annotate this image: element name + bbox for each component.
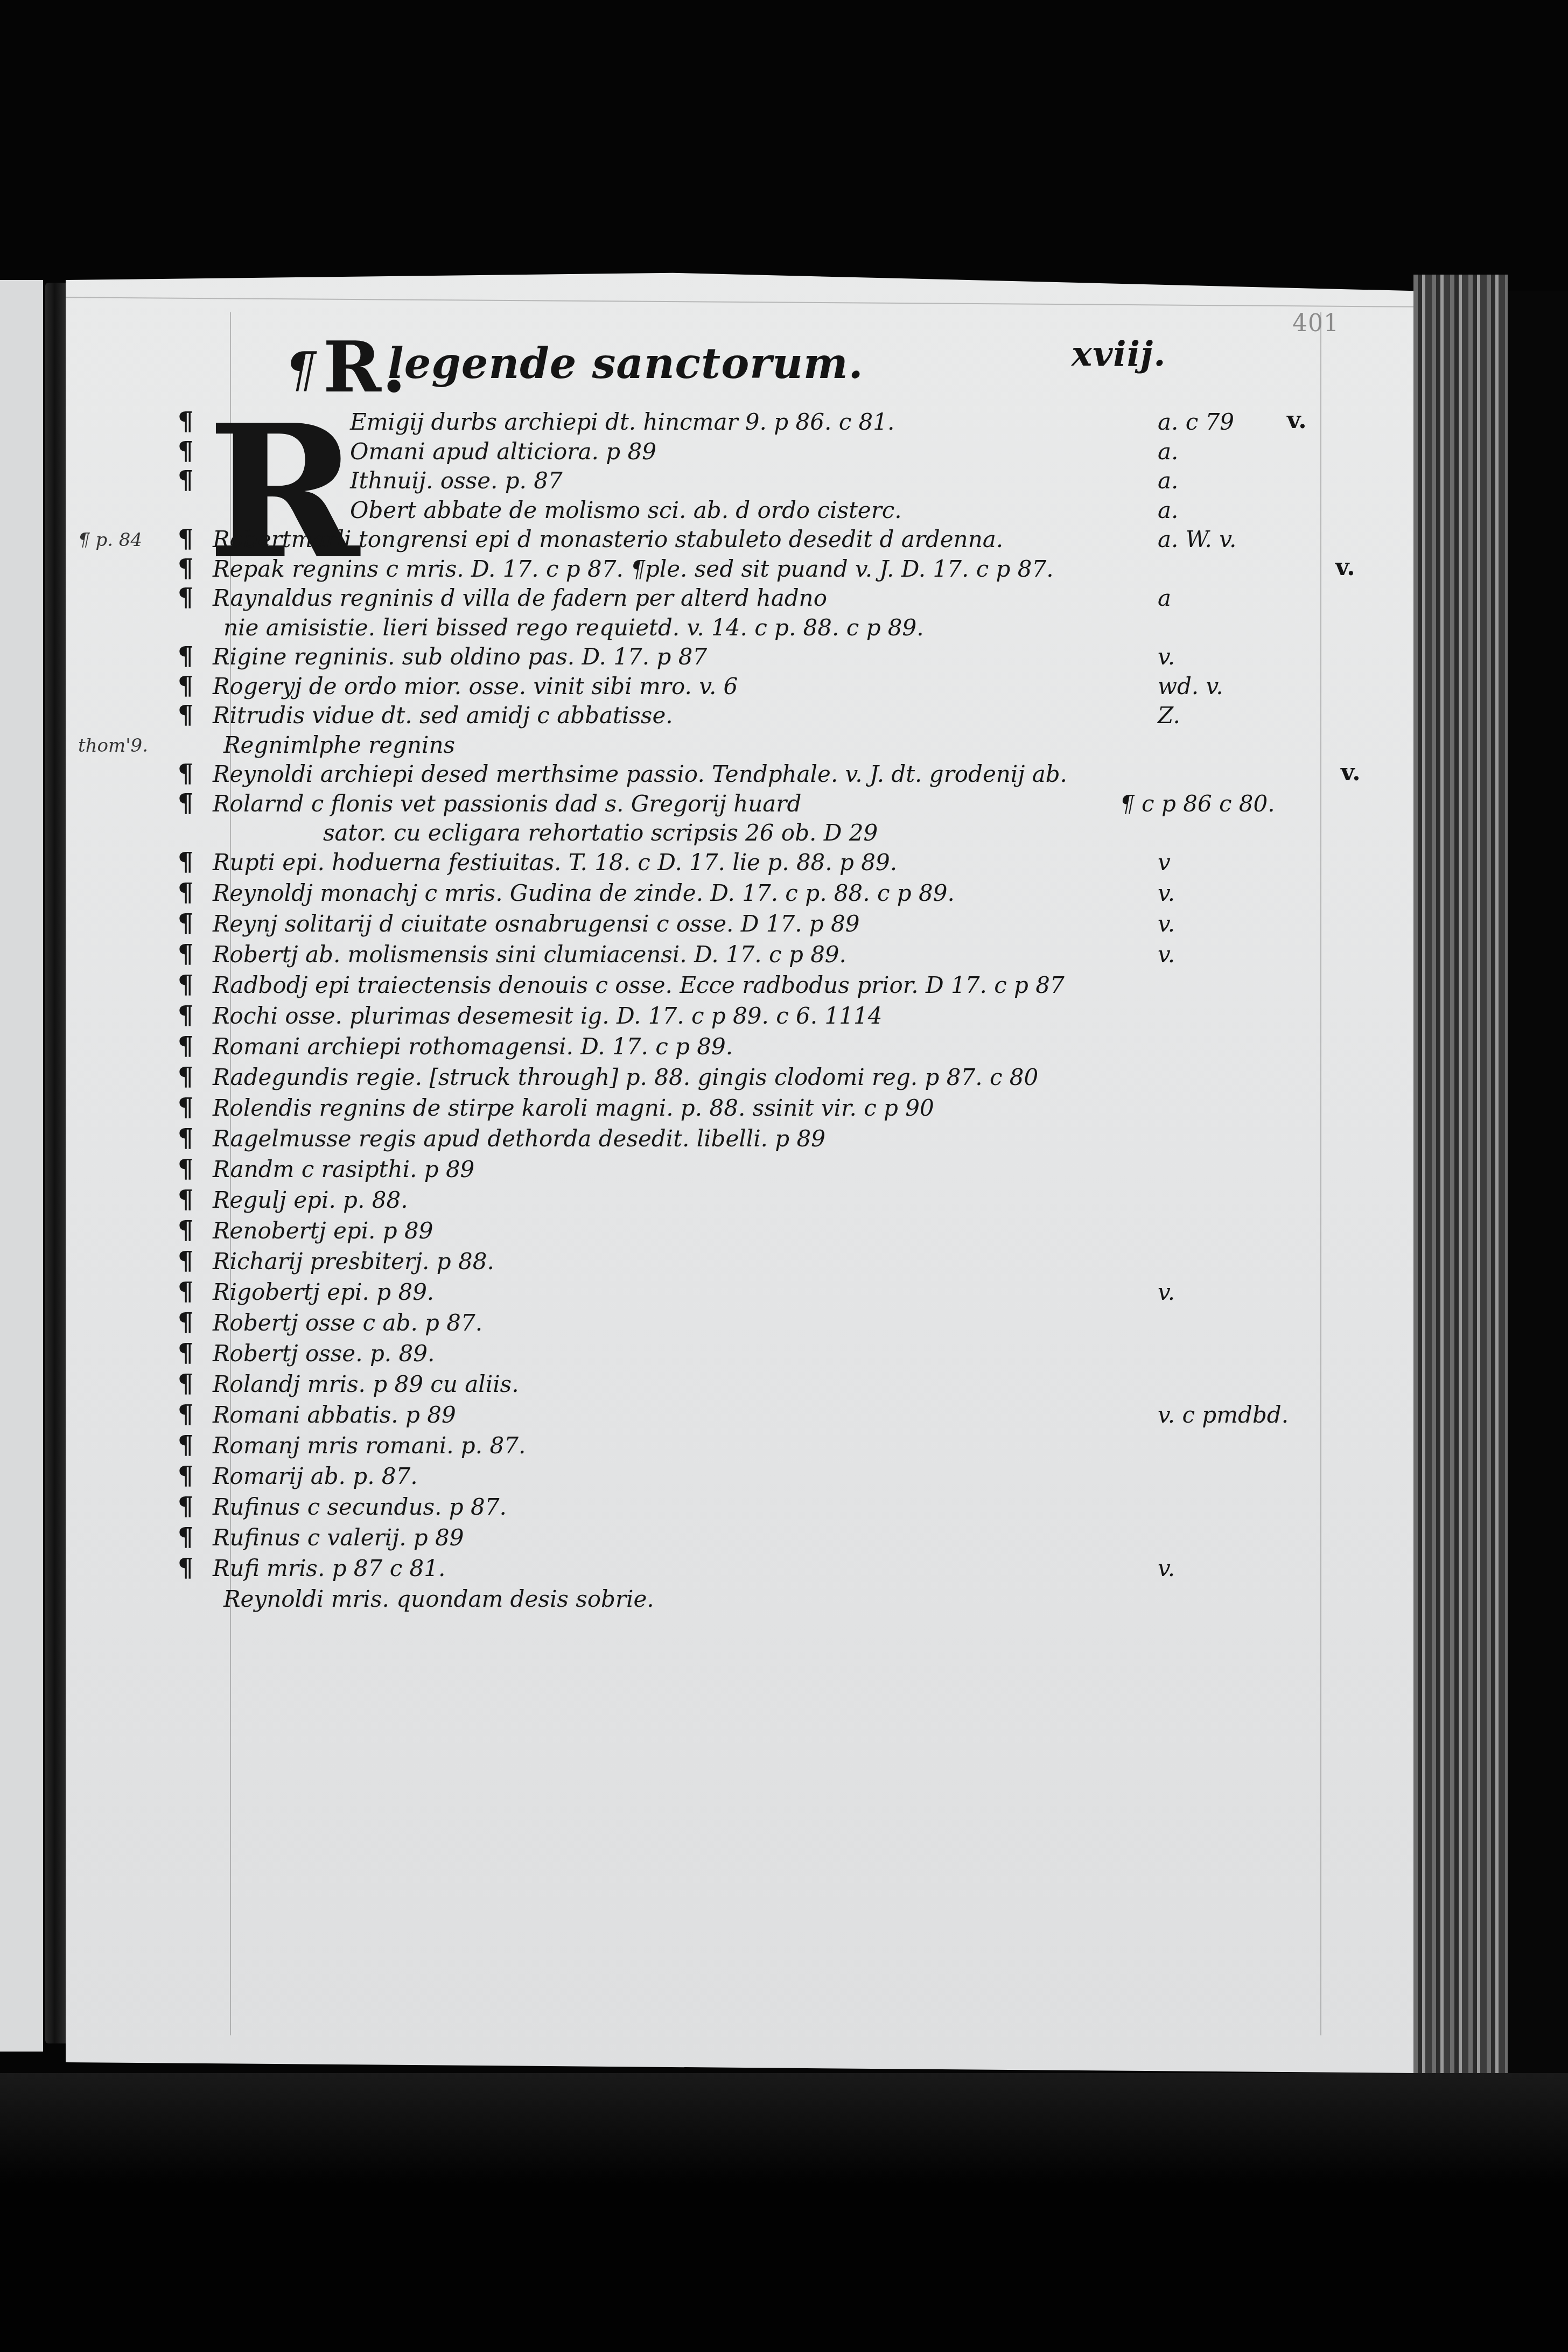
entry-text: Raynaldus regninis d villa de fadern per… <box>213 585 827 611</box>
pilcrow-mark: ¶ <box>178 1062 193 1091</box>
list-item: ¶Rigine regninis. sub oldino pas. D. 17.… <box>0 641 1349 674</box>
entry-text: Romarij ab. p. 87. <box>213 1463 418 1489</box>
list-item: ¶Rufinus c valerij. p 89 <box>0 1522 1349 1555</box>
pilcrow-mark: ¶ <box>178 1338 193 1367</box>
entry-text: sator. cu ecligara rehortatio scripsis 2… <box>323 820 878 846</box>
list-item: ¶Rigobertj epi. p 89.v. <box>0 1277 1349 1309</box>
entry-text: Rochi osse. plurimas desemesit ig. D. 17… <box>213 1003 882 1029</box>
entry-text: Rigine regninis. sub oldino pas. D. 17. … <box>213 643 707 670</box>
entry-text: Regnimlphe regnins <box>223 732 455 758</box>
list-item: ¶Rupti epi. hoduerna festiuitas. T. 18. … <box>0 847 1349 879</box>
reference-column: v. <box>1158 1279 1175 1305</box>
list-item: ¶Regulj epi. p. 88. <box>0 1185 1349 1217</box>
list-item: ¶Emigij durbs archiepi dt. hincmar 9. p … <box>0 407 1349 439</box>
pilcrow-mark: ¶ <box>178 1000 193 1030</box>
list-item: ¶Robertj ab. molismensis sini clumiacens… <box>0 939 1349 971</box>
list-item: ¶Romani abbatis. p 89v. c pmdbd. <box>0 1399 1349 1432</box>
pilcrow-mark: ¶ <box>178 583 193 612</box>
entry-text: Reynj solitarij d ciuitate osnabrugensi … <box>213 911 860 937</box>
entry-text: Robertj osse c ab. p 87. <box>213 1310 482 1336</box>
list-item: ¶Randm c rasipthi. p 89 <box>0 1154 1349 1186</box>
pilcrow-mark: ¶ <box>178 1307 193 1336</box>
list-item: ¶Rochi osse. plurimas desemesit ig. D. 1… <box>0 1000 1349 1033</box>
entry-text: Rolendis regnins de stirpe karoli magni.… <box>213 1095 934 1121</box>
reference-column: a. W. v. <box>1158 526 1236 552</box>
quire-number: xviij. <box>1072 334 1166 374</box>
entry-text: Ritrudis vidue dt. sed amidj c abbatisse… <box>213 702 673 729</box>
reference-column: wd. v. <box>1158 673 1223 699</box>
background-shadow <box>0 2073 1568 2352</box>
entry-text: Repak regnins c mris. D. 17. c p 87. ¶pl… <box>213 556 1054 582</box>
entry-text: Robertj ab. molismensis sini clumiacensi… <box>213 941 846 968</box>
list-item: ¶Reynoldj monachj c mris. Gudina de zind… <box>0 878 1349 910</box>
entry-text: Rolandj mris. p 89 cu aliis. <box>213 1371 519 1397</box>
status-mark: v. <box>1287 407 1306 434</box>
entry-text: Radegundis regie. [struck through] p. 88… <box>213 1064 1038 1090</box>
entry-text: Robertj osse. p. 89. <box>213 1340 435 1367</box>
background-shadow <box>1508 291 1568 2122</box>
reference-column: v. <box>1158 880 1175 906</box>
entry-text: Rufinus c valerij. p 89 <box>213 1524 464 1551</box>
entry-text: nie amisistie. lieri bissed rego requiet… <box>223 614 924 641</box>
list-item: Obert abbate de molismo sci. ab. d ordo … <box>0 495 1349 527</box>
pilcrow-mark: ¶ <box>178 1399 193 1429</box>
list-item: ¶Omani apud alticiora. p 89a. <box>0 436 1349 468</box>
entry-text: Omani apud alticiora. p 89 <box>350 438 656 465</box>
entry-text: Romanj mris romani. p. 87. <box>213 1432 526 1459</box>
pilcrow-mark: ¶ <box>178 847 193 876</box>
reference-column: a. <box>1158 438 1178 465</box>
reference-column: a. c 79 <box>1158 409 1234 435</box>
list-item: ¶Robertj osse c ab. p 87. <box>0 1307 1349 1340</box>
pilcrow-mark: ¶ <box>178 641 193 670</box>
entry-text: Regulj epi. p. 88. <box>213 1187 408 1213</box>
entry-text: Obert abbate de molismo sci. ab. d ordo … <box>350 497 902 523</box>
entry-text: Rupti epi. hoduerna festiuitas. T. 18. c… <box>213 849 897 876</box>
list-item: ¶Robertj osse. p. 89. <box>0 1338 1349 1370</box>
list-item: ¶Radbodj epi traiectensis denouis c osse… <box>0 970 1349 1002</box>
pilcrow-mark: ¶ <box>178 970 193 999</box>
pilcrow-mark: ¶ <box>178 1430 193 1459</box>
reference-column: Z. <box>1158 702 1180 729</box>
pilcrow-mark: ¶ <box>178 407 193 436</box>
entry-text: Renobertj epi. p 89 <box>213 1217 433 1244</box>
pilcrow-mark: ¶ <box>178 1492 193 1521</box>
pilcrow-mark: ¶ <box>178 1123 193 1152</box>
ruled-line <box>66 297 1415 307</box>
pilcrow-mark: ¶ <box>178 1215 193 1244</box>
list-item: ¶Rufi mris. p 87 c 81.v. <box>0 1553 1349 1585</box>
pilcrow-mark: ¶ <box>178 759 193 788</box>
list-item: ¶Ritrudis vidue dt. sed amidj c abbatiss… <box>0 700 1349 732</box>
reference-column: v <box>1158 849 1171 876</box>
list-item: ¶Romani archiepi rothomagensi. D. 17. c … <box>0 1031 1349 1063</box>
list-item: ¶Radegundis regie. [struck through] p. 8… <box>0 1062 1349 1094</box>
pilcrow-mark: ¶ <box>178 465 193 494</box>
pilcrow-mark: ¶ <box>178 700 193 729</box>
reference-column: v. <box>1158 643 1175 670</box>
list-item: ¶Ithnuij. osse. p. 87a. <box>0 465 1349 498</box>
pilcrow-mark: ¶ <box>178 908 193 937</box>
entry-text: Reynoldi archiepi desed merthsime passio… <box>213 761 1067 787</box>
list-item: ¶Renobertj epi. p 89 <box>0 1215 1349 1248</box>
list-item: ¶Reynoldi archiepi desed merthsime passi… <box>0 759 1349 791</box>
pilcrow-mark: ¶ <box>178 1369 193 1398</box>
pilcrow-mark: ¶ <box>178 436 193 465</box>
entry-text: Emigij durbs archiepi dt. hincmar 9. p 8… <box>350 409 894 435</box>
page-title: legende sanctorum. <box>388 339 864 388</box>
list-item: ¶Rolendis regnins de stirpe karoli magni… <box>0 1093 1349 1125</box>
list-item: ¶Rufinus c secundus. p 87. <box>0 1492 1349 1524</box>
pilcrow-mark: ¶ <box>178 1277 193 1306</box>
reference-column: v. <box>1158 1555 1175 1581</box>
pilcrow-mark: ¶ <box>178 788 193 817</box>
list-item: ¶Reynj solitarij d ciuitate osnabrugensi… <box>0 908 1349 941</box>
entry-text: Robertmarli tongrensi epi d monasterio s… <box>213 526 1003 552</box>
list-item: Reynoldi mris. quondam desis sobrie. <box>0 1584 1349 1616</box>
reference-column: v. c pmdbd. <box>1158 1402 1289 1428</box>
list-item: Regnimlphe regnins <box>0 730 1349 762</box>
list-item: nie amisistie. lieri bissed rego requiet… <box>0 612 1349 645</box>
entry-text: Ithnuij. osse. p. 87 <box>350 467 563 494</box>
entry-text: Reynoldi mris. quondam desis sobrie. <box>223 1586 654 1612</box>
list-item: ¶Raynaldus regninis d villa de fadern pe… <box>0 583 1349 615</box>
list-item: ¶Rolarnd c flonis vet passionis dad s. G… <box>0 788 1349 821</box>
list-item: ¶Richarij presbiterj. p 88. <box>0 1246 1349 1278</box>
list-item: ¶Romanj mris romani. p. 87. <box>0 1430 1349 1462</box>
pilcrow-mark: ¶ <box>178 671 193 700</box>
list-item: ¶Repak regnins c mris. D. 17. c p 87. ¶p… <box>0 554 1349 586</box>
entry-text: Rigobertj epi. p 89. <box>213 1279 434 1305</box>
pilcrow-mark: ¶ <box>178 1154 193 1183</box>
entry-text: Rufinus c secundus. p 87. <box>213 1494 507 1520</box>
list-item: ¶Rolandj mris. p 89 cu aliis. <box>0 1369 1349 1401</box>
entry-text: Rolarnd c flonis vet passionis dad s. Gr… <box>213 790 801 817</box>
reference-column: a. <box>1158 467 1178 494</box>
pilcrow-mark: ¶ <box>178 1246 193 1275</box>
entry-text: Rogeryj de ordo mior. osse. vinit sibi m… <box>213 673 738 699</box>
status-mark: v. <box>1341 759 1360 786</box>
entry-text: Romani archiepi rothomagensi. D. 17. c p… <box>213 1033 733 1060</box>
pilcrow-mark: ¶ <box>178 1553 193 1582</box>
entry-text: Randm c rasipthi. p 89 <box>213 1156 474 1182</box>
status-mark: v. <box>1335 554 1355 581</box>
reference-column: a. <box>1158 497 1178 523</box>
list-item: ¶Rogeryj de ordo mior. osse. vinit sibi … <box>0 671 1349 703</box>
reference-column: ¶ c p 86 c 80. <box>1120 790 1275 817</box>
pilcrow-mark: ¶ <box>178 939 193 968</box>
entry-text: Romani abbatis. p 89 <box>213 1402 456 1428</box>
list-item: sator. cu ecligara rehortatio scripsis 2… <box>0 817 1349 850</box>
pilcrow-mark: ¶ <box>178 1093 193 1122</box>
entry-text: Radbodj epi traiectensis denouis c osse.… <box>213 972 1065 998</box>
reference-column: a <box>1158 585 1171 611</box>
pilcrow-mark: ¶ <box>178 524 193 553</box>
list-item: ¶Robertmarli tongrensi epi d monasterio … <box>0 524 1349 556</box>
entry-text: Rufi mris. p 87 c 81. <box>213 1555 445 1581</box>
list-item: ¶Ragelmusse regis apud dethorda desedit.… <box>0 1123 1349 1156</box>
list-item: ¶Romarij ab. p. 87. <box>0 1461 1349 1493</box>
folio-number: 401 <box>1292 310 1339 337</box>
entry-text: Reynoldj monachj c mris. Gudina de zinde… <box>213 880 955 906</box>
page-edge-stack <box>1413 275 1508 2095</box>
pilcrow-mark: ¶ <box>178 1185 193 1214</box>
pilcrow-mark: ¶ <box>178 1031 193 1060</box>
reference-column: v. <box>1158 941 1175 968</box>
pilcrow-mark: ¶ <box>178 1461 193 1490</box>
pilcrow-mark: ¶ <box>178 878 193 907</box>
pilcrow-mark: ¶ <box>178 554 193 583</box>
entry-text: Ragelmusse regis apud dethorda desedit. … <box>213 1125 825 1152</box>
reference-column: v. <box>1158 911 1175 937</box>
entry-text: Richarij presbiterj. p 88. <box>213 1248 494 1275</box>
pilcrow-mark: ¶ <box>178 1522 193 1551</box>
